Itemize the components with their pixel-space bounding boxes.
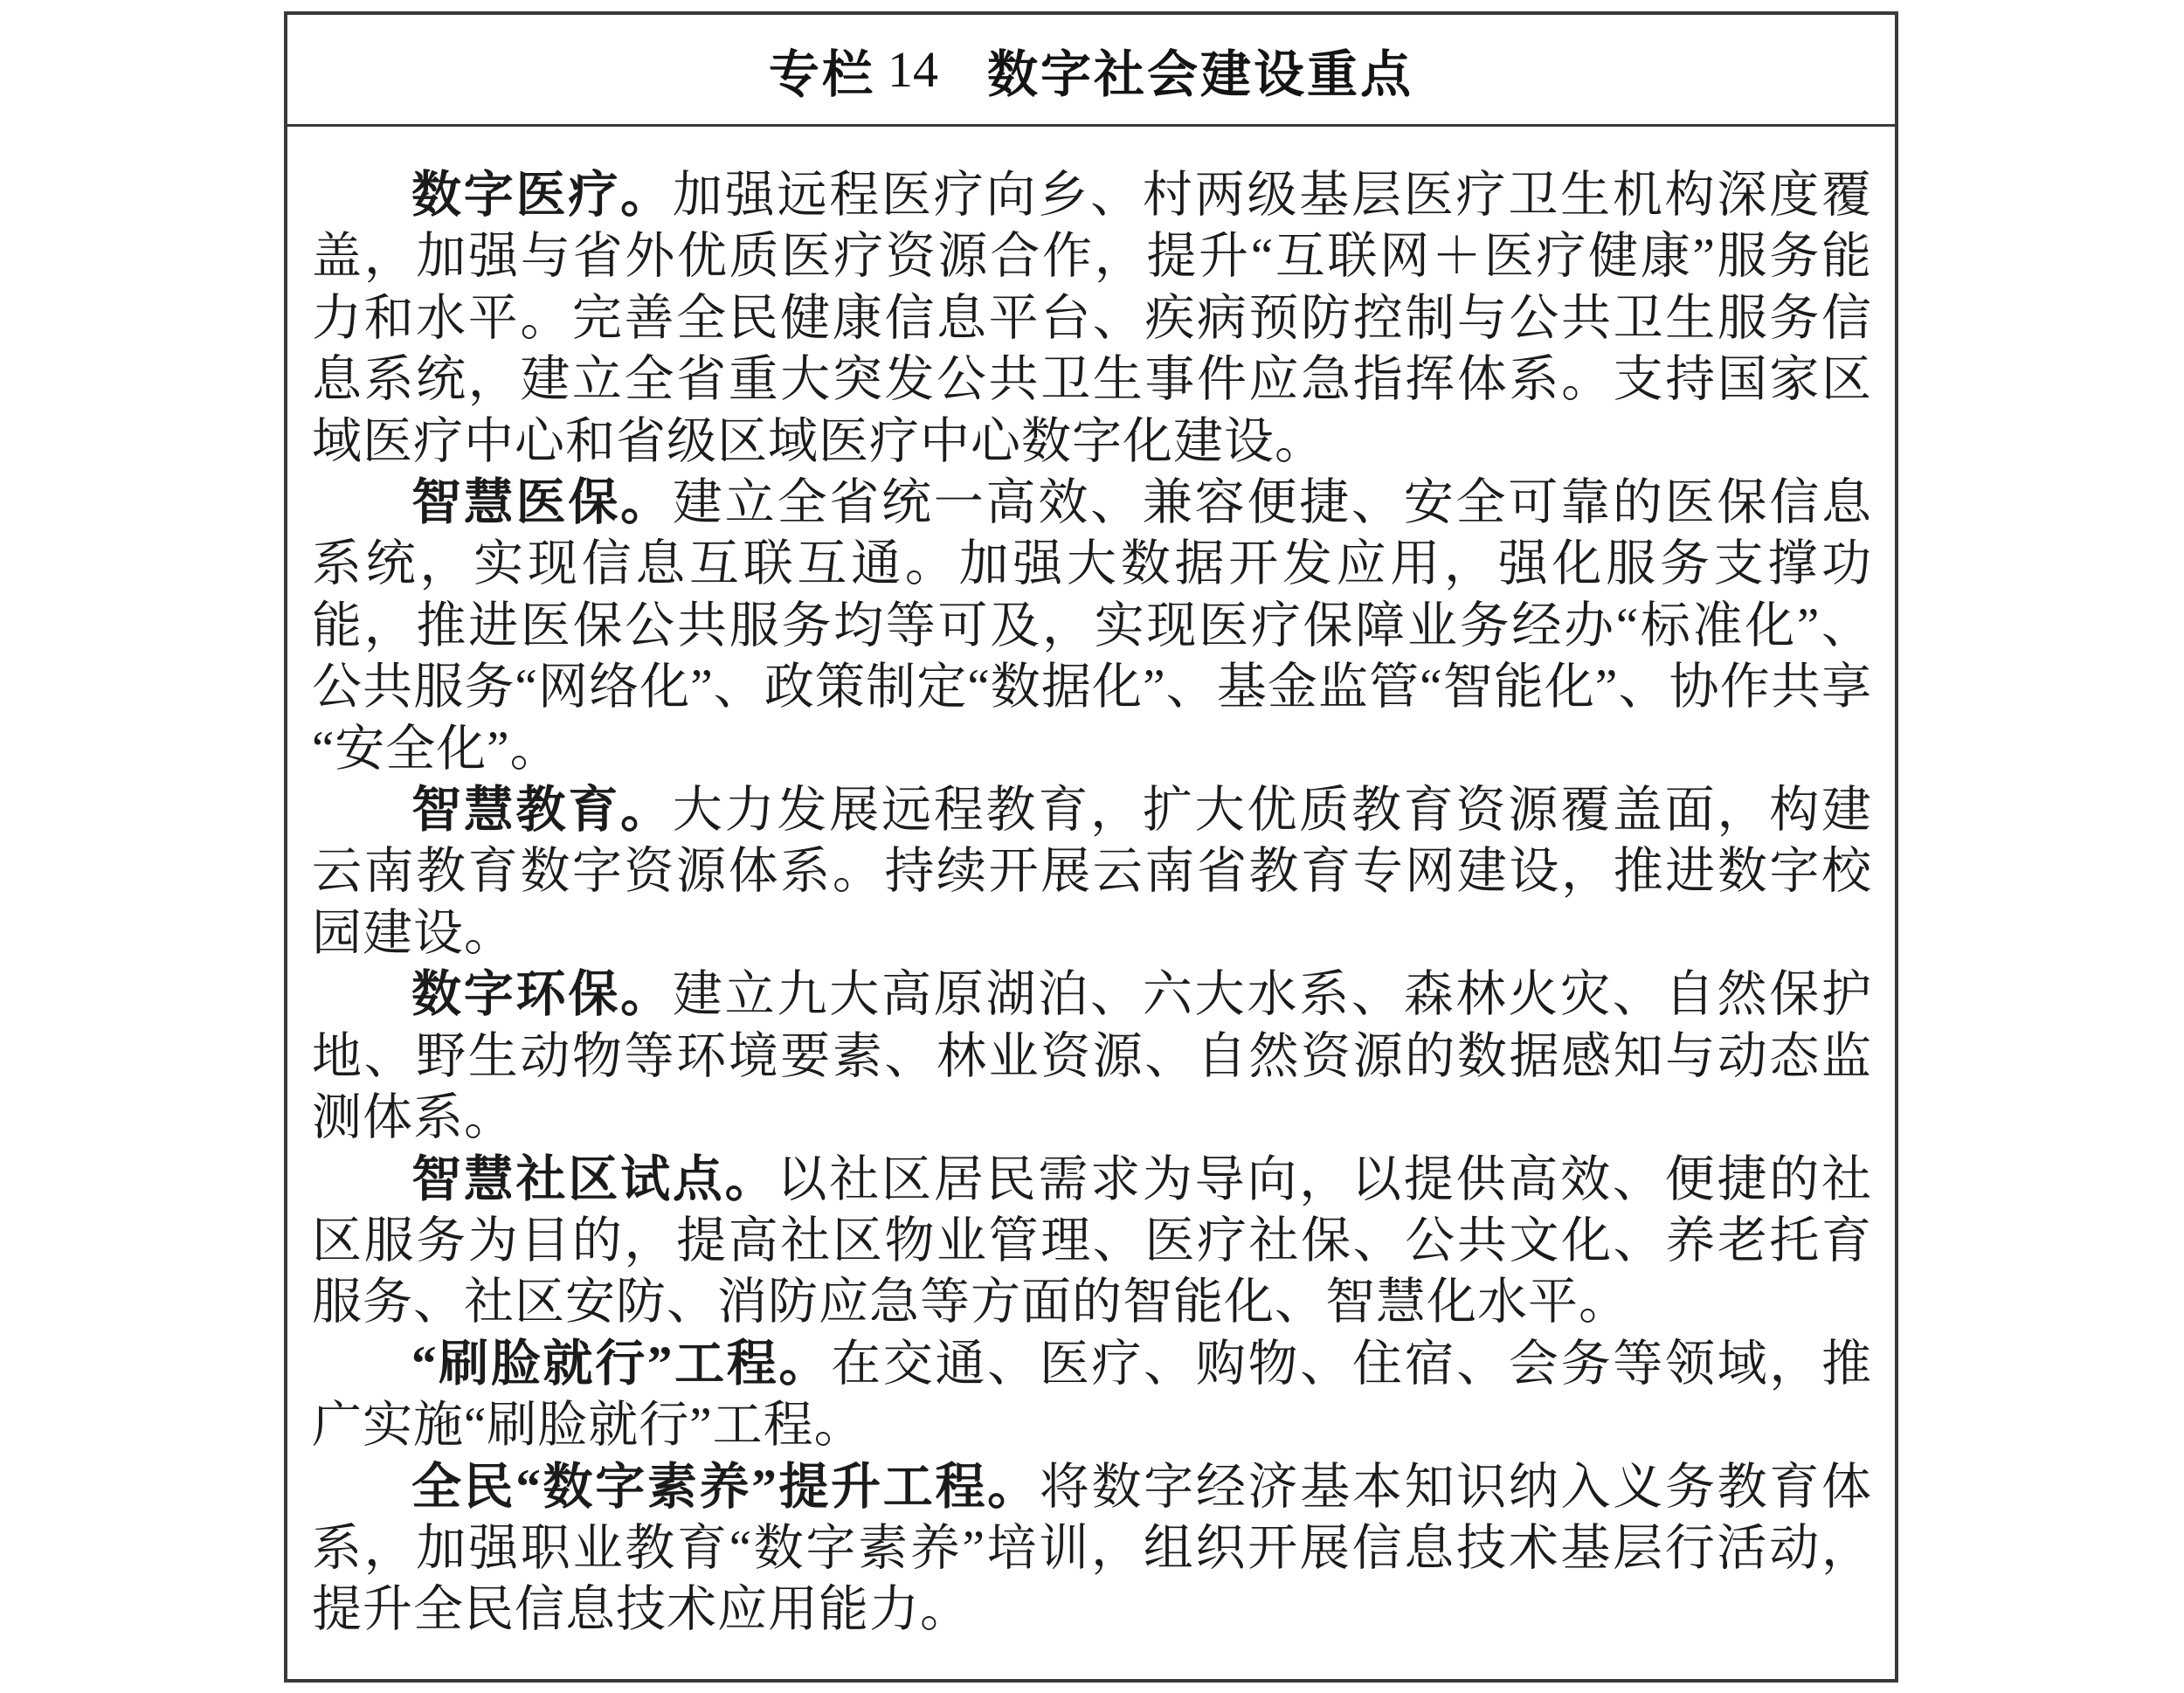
paragraph-lead: 智慧医保。 — [411, 475, 673, 530]
column-box: 专栏 14 数字社会建设重点 数字医疗。加强远程医疗向乡、村两级基层医疗卫生机构… — [284, 11, 1898, 1683]
paragraph: 智慧社区试点。以社区居民需求为导向，以提供高效、便捷的社区服务为目的，提高社区物… — [312, 1150, 1872, 1334]
paragraph-lead: 智慧教育。 — [411, 783, 673, 838]
paragraph: 数字环保。建立九大高原湖泊、六大水系、森林火灾、自然保护地、野生动物等环境要素、… — [312, 964, 1872, 1149]
paragraph: 智慧医保。建立全省统一高效、兼容便捷、安全可靠的医保信息系统，实现信息互联互通。… — [312, 473, 1872, 780]
column-body: 数字医疗。加强远程医疗向乡、村两级基层医疗卫生机构深度覆盖，加强与省外优质医疗资… — [287, 127, 1895, 1641]
paragraph-lead: 数字环保。 — [411, 967, 673, 1022]
paragraph: 数字医疗。加强远程医疗向乡、村两级基层医疗卫生机构深度覆盖，加强与省外优质医疗资… — [312, 165, 1872, 473]
paragraph-lead: 智慧社区试点。 — [411, 1152, 777, 1207]
paragraph-lead: “刷脸就行”工程。 — [411, 1337, 831, 1392]
column-title-number: 14 — [888, 40, 938, 99]
paragraph: 智慧教育。大力发展远程教育，扩大优质教育资源覆盖面，构建云南教育数字资源体系。持… — [312, 780, 1872, 964]
paragraph-lead: 数字医疗。 — [411, 168, 673, 223]
column-title-heading: 数字社会建设重点 — [987, 33, 1413, 107]
column-title-bar: 专栏 14 数字社会建设重点 — [287, 15, 1895, 127]
column-title-prefix: 专栏 — [769, 33, 875, 107]
paragraph: “刷脸就行”工程。在交通、医疗、购物、住宿、会务等领域，推广实施“刷脸就行”工程… — [312, 1334, 1872, 1457]
paragraph-lead: 全民“数字素养”提升工程。 — [411, 1460, 1040, 1515]
paragraph: 全民“数字素养”提升工程。将数字经济基本知识纳入义务教育体系，加强职业教育“数字… — [312, 1457, 1872, 1641]
